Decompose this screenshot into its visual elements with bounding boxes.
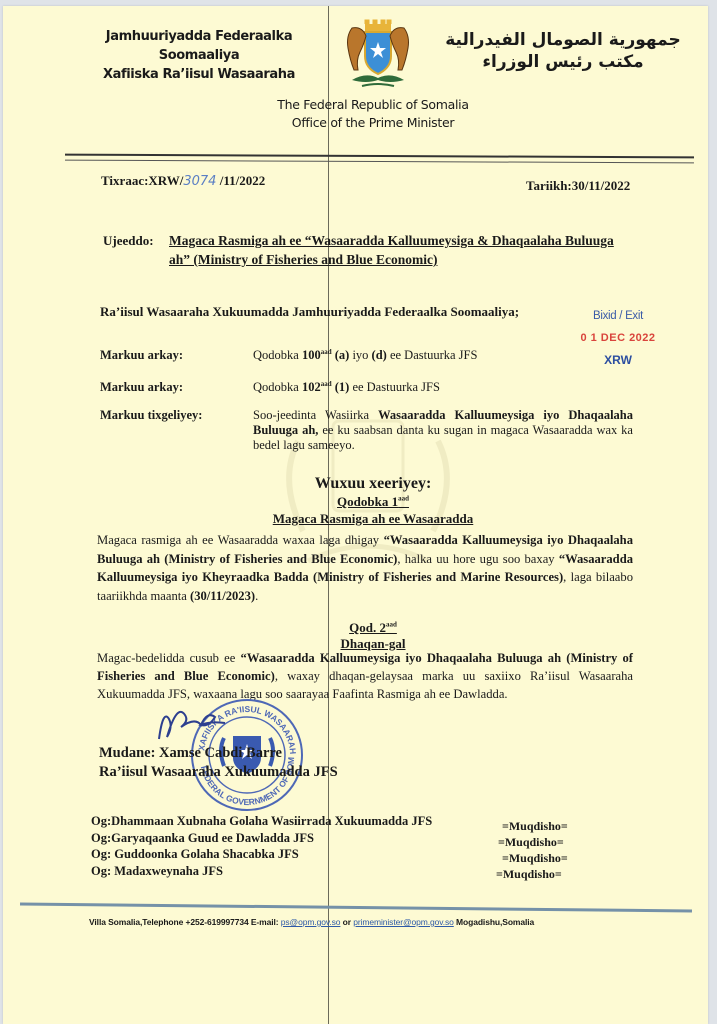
preamble-1-mid: iyo (349, 348, 371, 362)
letterhead-arabic: جمهورية الصومال الفيدرالية مكتب رئيس الو… (443, 29, 683, 73)
footer-prefix: Villa Somalia,Telephone +252-619997734 E… (89, 917, 281, 927)
cc-location: =Muqdisho= (496, 834, 568, 850)
letterhead-english-office: Office of the Prime Minister (253, 114, 493, 132)
email-link-primeminister[interactable]: primeminister@opm.gov.so (353, 917, 454, 927)
cc-list: Og:Dhammaan Xubnaha Golaha Wasiirrada Xu… (91, 813, 432, 879)
signatory-title: Ra’iisul Wasaaraha Xukuumadda JFS (99, 763, 338, 782)
cc-recipient: Og: Guddoonka Golaha Shacabka JFS (91, 846, 432, 863)
letterhead-office: Xafiiska Ra’iisul Wasaaraha (73, 65, 325, 84)
received-stamp: Bixid / Exit 0 1 DEC 2022 XRW (578, 305, 658, 371)
article2-number: Qod. 2 (349, 620, 386, 635)
article1-body: Magaca rasmiga ah ee Wasaaradda waxaa la… (97, 531, 633, 605)
preamble-label-1: Markuu arkay: (100, 348, 183, 363)
preamble-1-sup: aad (321, 348, 332, 356)
subject-label: Ujeeddo: (103, 233, 154, 249)
cc-locations: =Muqdisho= =Muqdisho= =Muqdisho= =Muqdis… (496, 818, 568, 882)
preamble-2-tail: ee Dastuurka JFS (349, 380, 440, 394)
signatory-name: Mudane: Xamse Cabdi Barre (99, 744, 338, 763)
letterhead-arabic-country: جمهورية الصومال الفيدرالية (443, 29, 683, 51)
preamble-1-pre: Qodobka (253, 348, 302, 362)
article2-sup: aad (386, 621, 397, 629)
article2-heading: Qod. 2aad (223, 620, 523, 636)
decision-heading: Wuxuu xeeriyey: (223, 475, 523, 493)
cc-location: =Muqdisho= (496, 866, 568, 882)
footer-or: or (340, 917, 353, 927)
reference-suffix: /11/2022 (216, 173, 265, 188)
letterhead-country: Jamhuuriyadda Federaalka Soomaaliya (73, 27, 325, 65)
article1-sup: aad (398, 495, 409, 503)
issuing-authority: Ra’iisul Wasaaraha Xukuumadda Jamhuuriya… (100, 304, 519, 320)
reference-number: Tixraac:XRW/3074 /11/2022 (101, 173, 265, 189)
preamble-1-num: 100 (302, 348, 321, 362)
cc-location: =Muqdisho= (496, 850, 568, 866)
cc-recipient: Og: Madaxweynaha JFS (91, 863, 432, 880)
preamble-label-3: Markuu tixgeliyey: (100, 408, 202, 423)
document-page: Jamhuuriyadda Federaalka Soomaaliya Xafi… (3, 6, 708, 1024)
preamble-value-2: Qodobka 102aad (1) ee Dastuurka JFS (253, 380, 440, 395)
article1-number: Qodobka 1 (337, 494, 398, 509)
article1-text-1: Magaca rasmiga ah ee Wasaaradda waxaa la… (97, 533, 384, 547)
preamble-2-num: 102 (302, 380, 321, 394)
preamble-value-1: Qodobka 100aad (a) iyo (d) ee Dastuurka … (253, 348, 477, 363)
coat-of-arms-icon (338, 14, 418, 94)
preamble-1-tail: ee Dastuurka JFS (387, 348, 478, 362)
signatory-block: Mudane: Xamse Cabdi Barre Ra’iisul Wasaa… (99, 744, 338, 782)
letterhead-arabic-office: مكتب رئيس الوزراء (443, 51, 683, 73)
footer-contact: Villa Somalia,Telephone +252-619997734 E… (89, 917, 534, 927)
letterhead-somali: Jamhuuriyadda Federaalka Soomaaliya Xafi… (73, 27, 325, 84)
signature-scribble-icon (153, 701, 233, 746)
footer-suffix: Mogadishu,Somalia (454, 917, 534, 927)
preamble-2-pre: Qodobka (253, 380, 302, 394)
article1-bold-3: (30/11/2023) (190, 589, 255, 603)
cc-location: =Muqdisho= (496, 818, 568, 834)
subject-text: Magaca Rasmiga ah ee “Wasaaradda Kalluum… (169, 231, 614, 269)
document-date: Tariikh:30/11/2022 (526, 178, 630, 194)
letterhead-english-country: The Federal Republic of Somalia (253, 96, 493, 114)
preamble-1-b: (d) (372, 348, 387, 362)
article1-text-4: . (255, 589, 258, 603)
article2-body: Magac-bedelidda cusub ee “Wasaaradda Kal… (97, 649, 633, 703)
preamble-2-a: (1) (332, 380, 350, 394)
cc-recipient: Og:Garyaqaanka Guud ee Dawladda JFS (91, 830, 432, 847)
preamble-value-3: Soo-jeedinta Wasiirka Wasaaradda Kalluum… (253, 408, 633, 453)
article1-title: Magaca Rasmiga ah ee Wasaaradda (223, 511, 523, 527)
stamp-exit-label: Bixid / Exit (578, 305, 658, 327)
preamble-1-a: (a) (332, 348, 350, 362)
stamp-office: XRW (578, 349, 658, 371)
preamble-3-pre: Soo-jeedinta Wasiirka (253, 408, 378, 422)
header-divider (65, 154, 694, 164)
cc-recipient: Og:Dhammaan Xubnaha Golaha Wasiirrada Xu… (91, 813, 432, 830)
letterhead-english: The Federal Republic of Somalia Office o… (253, 96, 493, 132)
article1-text-2: , halka uu hore ugu soo baxay (397, 552, 558, 566)
article2-text-1: Magac-bedelidda cusub ee (97, 651, 241, 665)
preamble-label-2: Markuu arkay: (100, 380, 183, 395)
article1-heading: Qodobka 1aad (223, 494, 523, 510)
reference-handwritten-number: 3074 (183, 174, 216, 189)
stamp-date: 0 1 DEC 2022 (578, 327, 658, 349)
preamble-2-sup: aad (321, 380, 332, 388)
reference-label: Tixraac:XRW/ (101, 173, 183, 188)
email-link-ps[interactable]: ps@opm.gov.so (281, 917, 341, 927)
footer-divider (20, 902, 692, 912)
